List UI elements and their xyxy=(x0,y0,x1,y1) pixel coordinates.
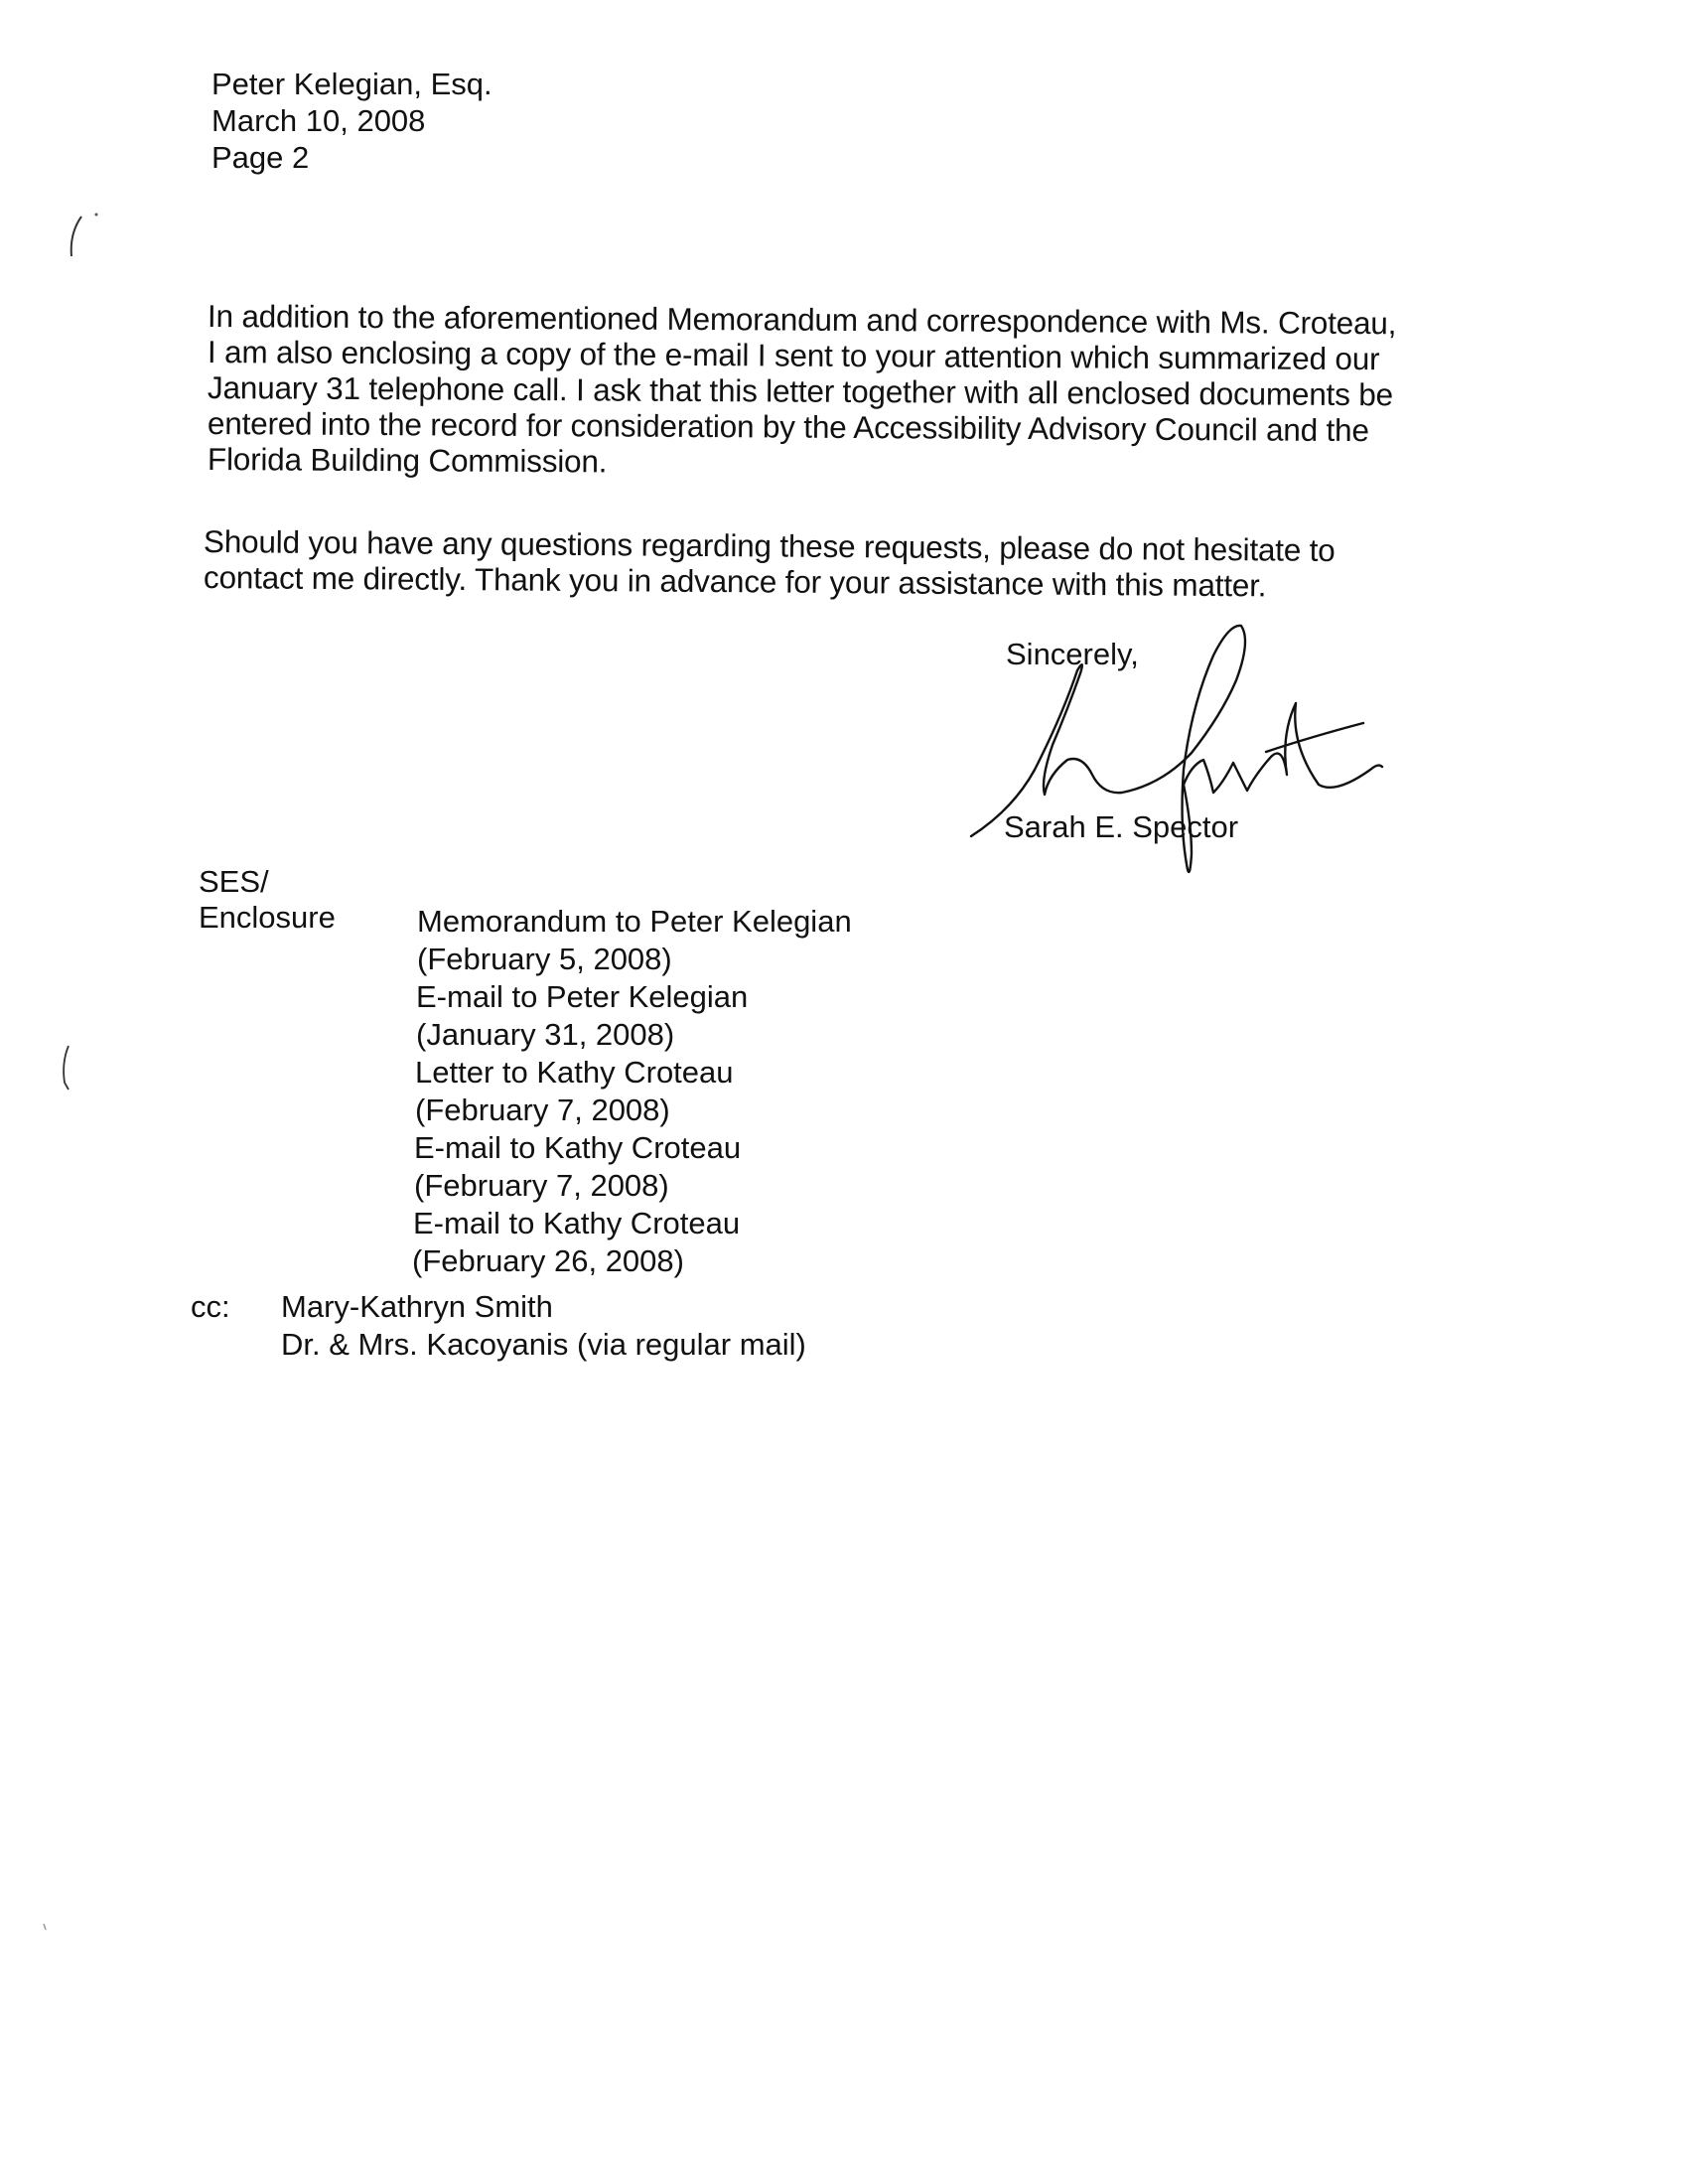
enclosure-item: Memorandum to Peter Kelegian xyxy=(417,904,852,940)
enclosure-item: (February 7, 2008) xyxy=(415,1092,670,1128)
recipient-name: Peter Kelegian, Esq. xyxy=(211,67,492,102)
enclosure-item: Letter to Kathy Croteau xyxy=(415,1055,734,1091)
cc-recipient: Mary-Kathryn Smith xyxy=(281,1289,553,1325)
enclosure-item: (February 26, 2008) xyxy=(412,1243,684,1279)
enclosure-item: E-mail to Kathy Croteau xyxy=(414,1130,741,1166)
enclosure-item: (February 5, 2008) xyxy=(417,942,672,977)
cc-label: cc: xyxy=(191,1289,230,1325)
enclosure-item: (January 31, 2008) xyxy=(416,1017,674,1053)
signature-icon xyxy=(953,596,1410,914)
enclosure-item: E-mail to Kathy Croteau xyxy=(413,1206,740,1241)
scan-mark-icon xyxy=(60,209,99,278)
scan-speck-icon xyxy=(40,1922,52,1934)
letter-date: March 10, 2008 xyxy=(211,103,425,139)
body-line: Florida Building Commission. xyxy=(208,441,608,479)
enclosure-item: E-mail to Peter Kelegian xyxy=(416,979,748,1015)
enclosure-item: (February 7, 2008) xyxy=(414,1168,669,1204)
cc-recipient: Dr. & Mrs. Kacoyanis (via regular mail) xyxy=(281,1327,806,1363)
author-initials: SES/ xyxy=(199,864,269,900)
page-number: Page 2 xyxy=(211,140,309,176)
scan-mark-icon xyxy=(55,1038,94,1107)
enclosure-label: Enclosure xyxy=(199,900,336,936)
